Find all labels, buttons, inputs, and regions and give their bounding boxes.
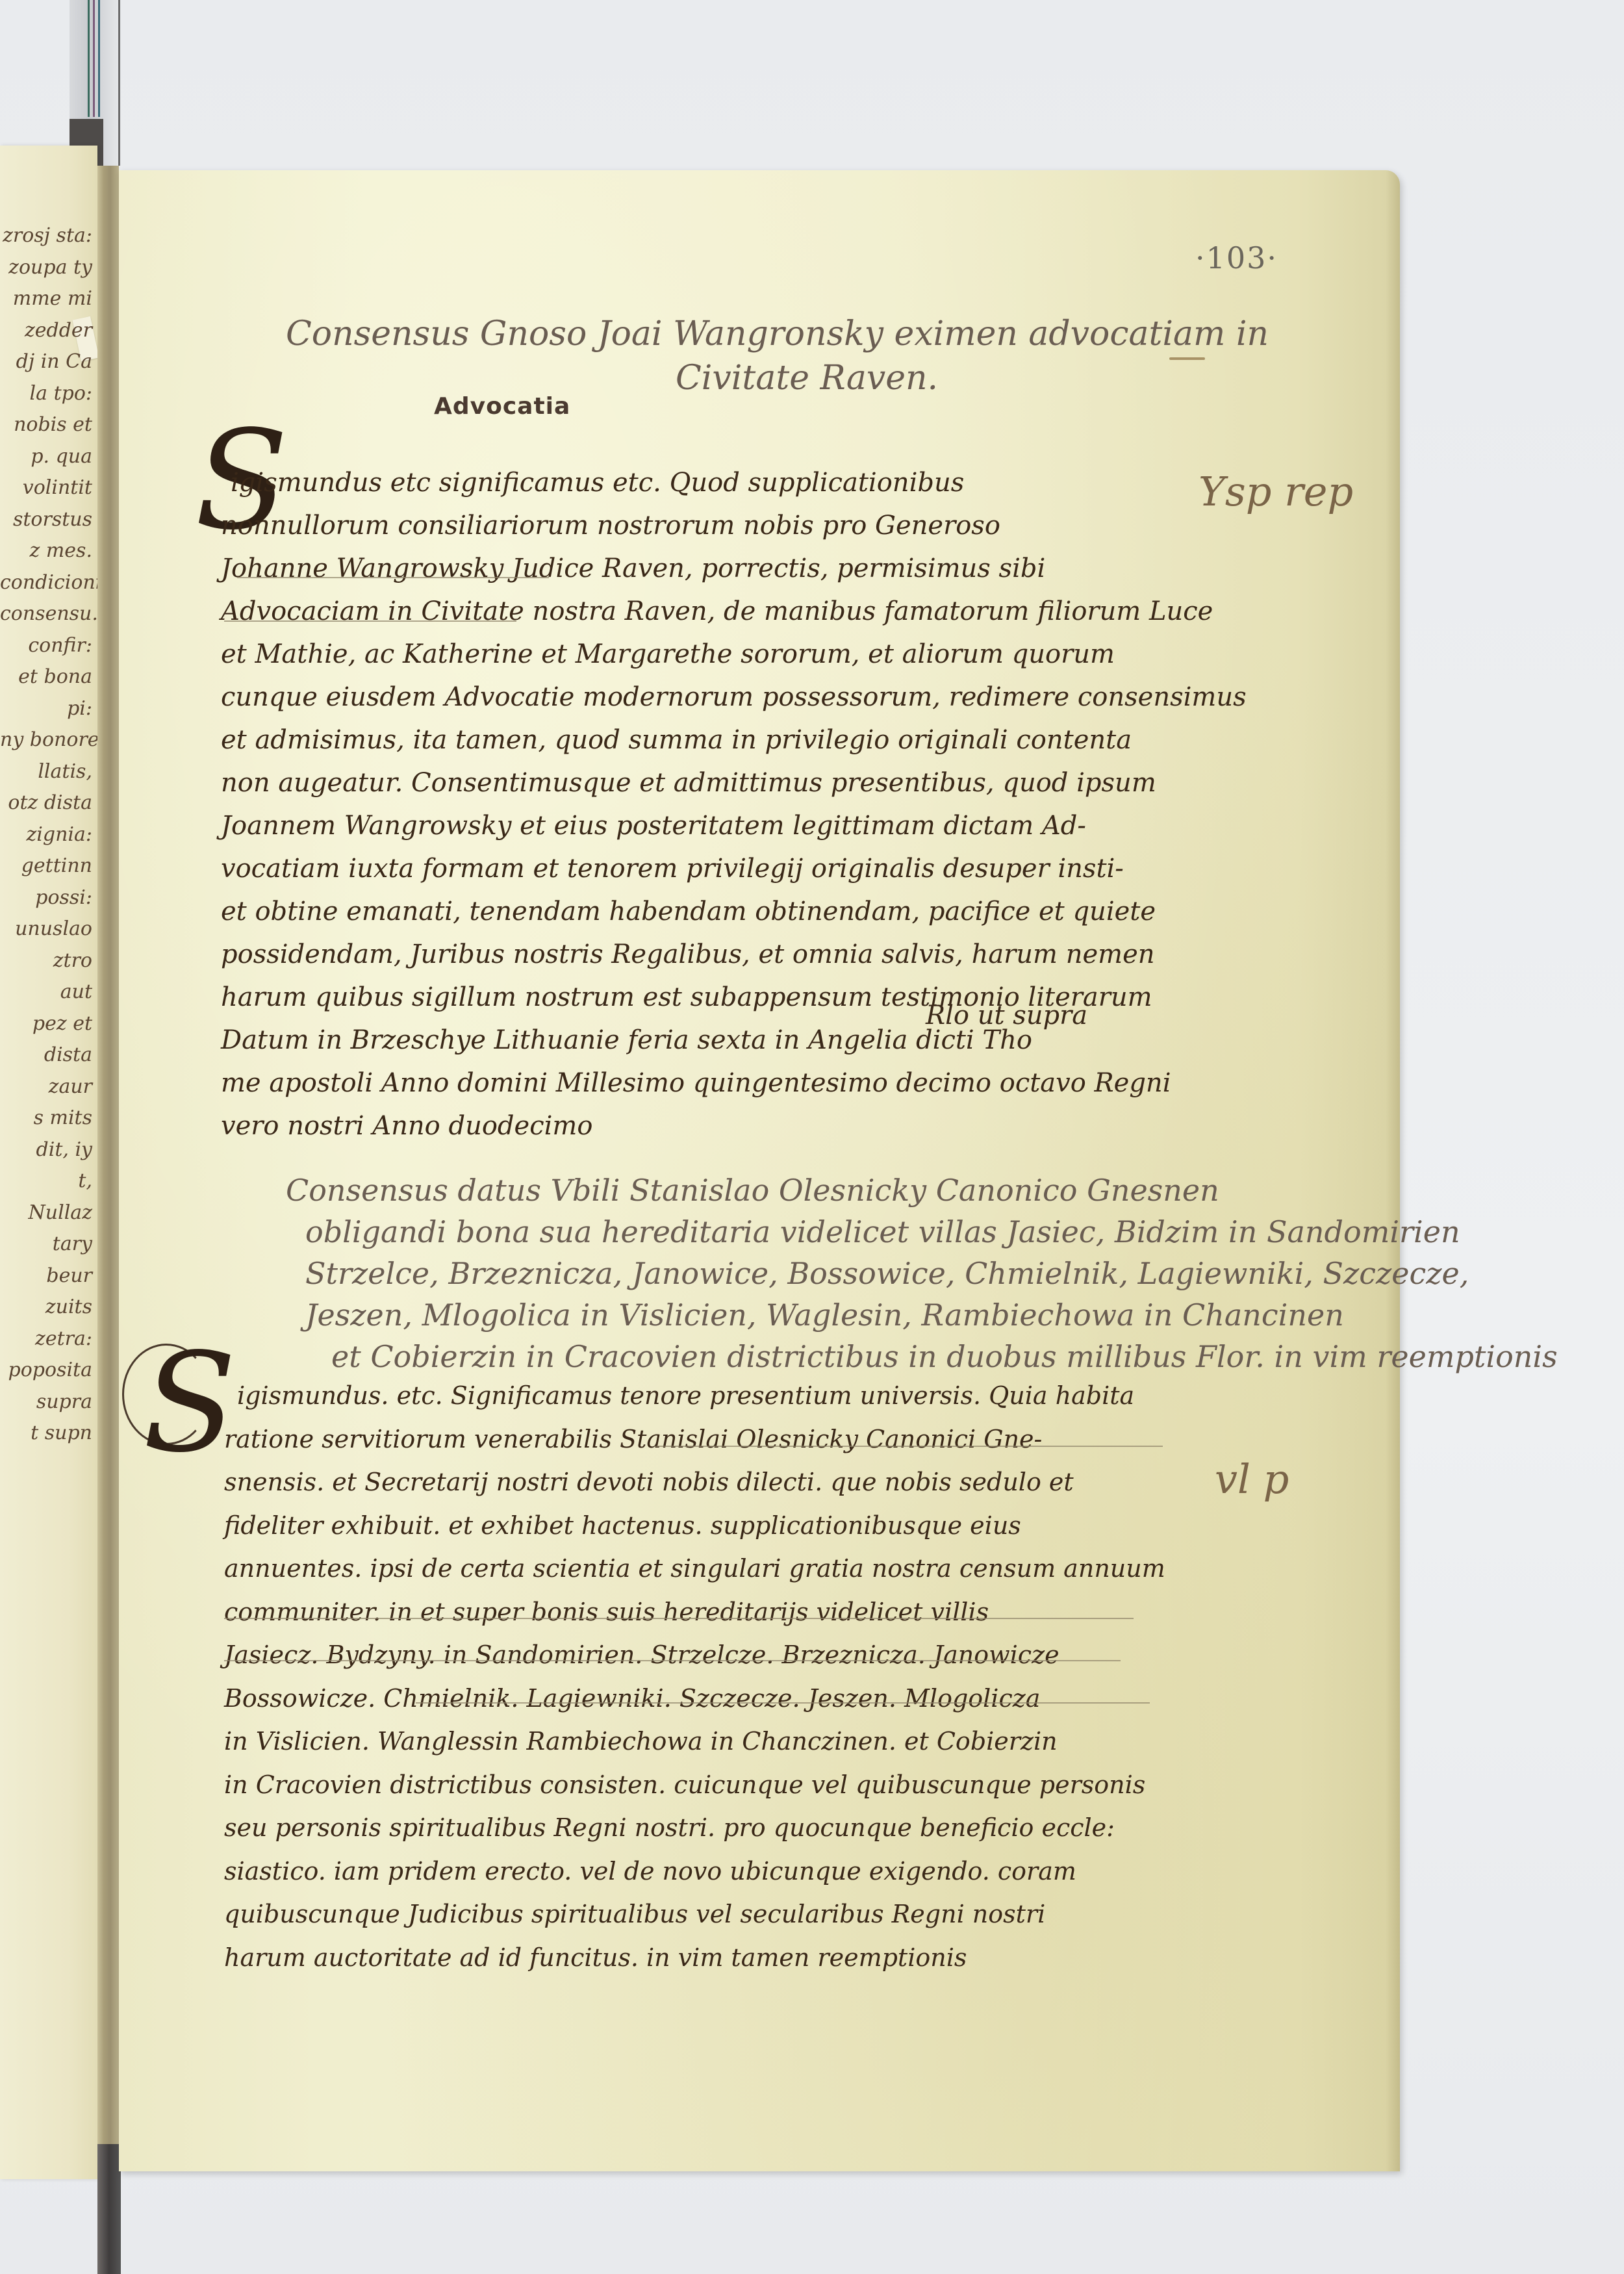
text-line: Bossowicze. Chmielnik. Lagiewniki. Szcze…	[224, 1677, 1165, 1720]
left-line: t supn	[0, 1418, 97, 1450]
entry-1-margin-note: Ysp rep	[1199, 468, 1353, 515]
left-line: condicionis	[0, 567, 97, 599]
left-line: z mes.	[0, 535, 97, 567]
text-line: siastico. iam pridem erecto. vel de novo…	[224, 1850, 1165, 1893]
left-line: la tpo:	[0, 378, 97, 410]
underline	[224, 620, 516, 622]
entry-1-heading-line: Consensus Gnoso Joai Wangronsky eximen a…	[286, 312, 1269, 356]
left-line: et bona	[0, 661, 97, 693]
text-line: seu personis spiritualibus Regni nostri.…	[224, 1806, 1165, 1850]
left-line: zetra:	[0, 1323, 97, 1355]
text-line: in Vislicien. Wanglessin Rambiechowa in …	[224, 1720, 1165, 1763]
left-line: zuits	[0, 1292, 97, 1323]
text-line: et Mathie, ac Katherine et Margarethe so…	[221, 633, 1247, 676]
left-line: dit, iy	[0, 1134, 97, 1166]
text-line: et admisimus, ita tamen, quod summa in p…	[221, 719, 1247, 761]
underline	[237, 577, 549, 578]
text-line: fideliter exhibuit. et exhibet hactenus.…	[224, 1504, 1165, 1548]
text-line: igismundus. etc. Significamus tenore pre…	[237, 1374, 1165, 1418]
entry-2-heading-line: Strzelce, Brzeznicza, Janowice, Bossowic…	[286, 1253, 1558, 1294]
left-line: confir:	[0, 630, 97, 662]
text-line: quibuscunque Judicibus spiritualibus vel…	[224, 1893, 1165, 1936]
left-line: zoupa ty	[0, 252, 97, 284]
folio-number: ·103·	[1195, 240, 1278, 275]
underline	[224, 1660, 1121, 1661]
entry-2-heading-line: Consensus datus Vbili Stanislao Olesnick…	[286, 1169, 1558, 1211]
text-line: nonnullorum consiliariorum nostrorum nob…	[221, 504, 1247, 547]
text-line: igismundus etc significamus etc. Quod su…	[231, 461, 1247, 504]
left-line: Nullaz	[0, 1197, 97, 1229]
entry-2-heading-line: obligandi bona sua hereditaria videlicet…	[286, 1211, 1558, 1253]
underline	[656, 1446, 1163, 1447]
entry-2-heading-line: Jeszen, Mlogolica in Vislicien, Waglesin…	[286, 1294, 1558, 1336]
left-line: volintit	[0, 472, 97, 504]
text-line: Datum in Brzeschye Lithuanie feria sexta…	[221, 1019, 1247, 1062]
left-line: tary	[0, 1229, 97, 1260]
left-line: aut	[0, 977, 97, 1008]
left-line: gettinn	[0, 850, 97, 882]
entry-2-initial: S	[143, 1338, 236, 1468]
text-line: harum quibus sigillum nostrum est subapp…	[221, 976, 1247, 1019]
text-line: possidendam, Juribus nostris Regalibus, …	[221, 933, 1247, 976]
entry-2-heading-line: et Cobierzin in Cracovien districtibus i…	[286, 1336, 1558, 1377]
left-line: p. qua	[0, 441, 97, 473]
left-line: supra	[0, 1386, 97, 1418]
left-line: nobis et	[0, 409, 97, 441]
entry-1-signature: Rlo ut supra	[926, 1001, 1087, 1030]
underline	[416, 1702, 1150, 1704]
left-line: dista	[0, 1040, 97, 1071]
left-page: zrosj sta: zoupa ty mme mi zedder dj in …	[0, 146, 97, 2179]
left-line: mme mi	[0, 283, 97, 315]
left-line: zignia:	[0, 819, 97, 851]
entry-1-subheading: Advocatia	[434, 393, 570, 420]
left-line: storstus	[0, 504, 97, 536]
left-line: llatis,	[0, 756, 97, 788]
left-line: beur	[0, 1260, 97, 1292]
left-line: ztro	[0, 945, 97, 977]
left-line: s mits	[0, 1103, 97, 1134]
left-line: pez et	[0, 1008, 97, 1040]
left-line: t,	[0, 1166, 97, 1197]
entry-2-margin-note: vl p	[1215, 1455, 1289, 1503]
entry-1-body: igismundus etc significamus etc. Quod su…	[231, 461, 1247, 1147]
gutter-shadow	[97, 2144, 121, 2274]
entry-2-heading: Consensus datus Vbili Stanislao Olesnick…	[286, 1169, 1558, 1377]
text-line: harum auctoritate ad id funcitus. in vim…	[224, 1936, 1165, 1980]
entry-2-body: igismundus. etc. Significamus tenore pre…	[224, 1374, 1165, 1979]
text-line: in Cracovien districtibus consisten. cui…	[224, 1763, 1165, 1807]
left-line: zrosj sta:	[0, 220, 97, 252]
text-line: Jasiecz. Bydzyny. in Sandomirien. Strzel…	[224, 1633, 1165, 1677]
underline	[224, 1618, 1134, 1619]
text-line: snensis. et Secretarij nostri devoti nob…	[224, 1461, 1165, 1504]
left-line: dj in Ca	[0, 346, 97, 378]
text-line: ratione servitiorum venerabilis Stanisla…	[224, 1418, 1165, 1461]
left-line: unuslao	[0, 913, 97, 945]
left-line: otz dista	[0, 787, 97, 819]
text-line: annuentes. ipsi de certa scientia et sin…	[224, 1547, 1165, 1591]
clamp-strip	[98, 0, 100, 117]
entry-1-heading: Consensus Gnoso Joai Wangronsky eximen a…	[286, 312, 1269, 400]
text-line: Johanne Wangrowsky Judice Raven, porrect…	[221, 547, 1247, 590]
clamp-strip	[93, 0, 95, 117]
text-line: et obtine emanati, tenendam habendam obt…	[221, 890, 1247, 933]
text-line: vero nostri Anno duodecimo	[221, 1105, 1247, 1147]
text-line: non augeatur. Consentimusque et admittim…	[221, 761, 1247, 804]
clamp-strip	[88, 0, 90, 117]
left-line: zaur	[0, 1071, 97, 1103]
left-line: poposita	[0, 1355, 97, 1386]
text-line: Joannem Wangrowsky et eius posteritatem …	[221, 804, 1247, 847]
left-line: possi:	[0, 882, 97, 914]
left-line: pi:	[0, 693, 97, 725]
left-page-margin-text: zrosj sta: zoupa ty mme mi zedder dj in …	[0, 220, 97, 1450]
left-line: zedder	[0, 315, 97, 347]
text-line: vocatiam iuxta formam et tenorem privile…	[221, 847, 1247, 890]
text-line: Advocaciam in Civitate nostra Raven, de …	[221, 590, 1247, 633]
left-line: ny bonore	[0, 724, 97, 756]
book-gutter	[97, 166, 119, 2196]
left-line: consensu.	[0, 598, 97, 630]
text-line: communiter. in et super bonis suis hered…	[224, 1591, 1165, 1634]
entry-1-heading-line: Civitate Raven.	[286, 356, 1269, 400]
text-line: me apostoli Anno domini Millesimo quinge…	[221, 1062, 1247, 1105]
text-line: cunque eiusdem Advocatie modernorum poss…	[221, 676, 1247, 719]
margin-dash	[1169, 357, 1205, 360]
